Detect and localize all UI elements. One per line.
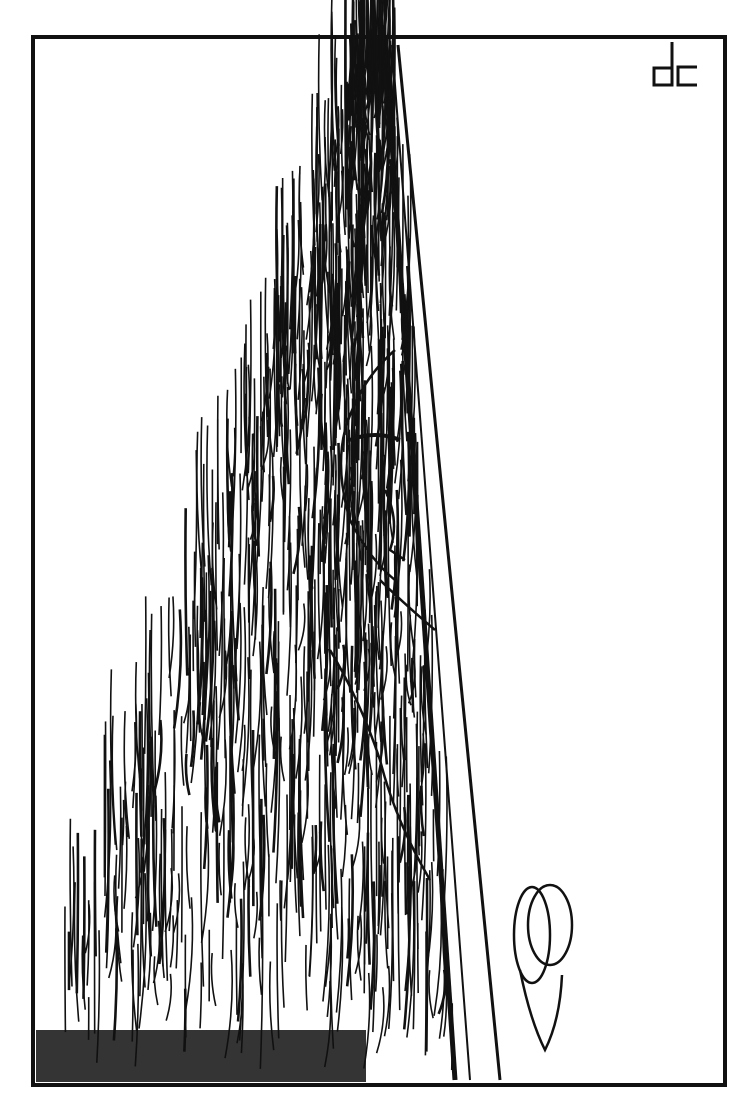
floor-shadow bbox=[36, 1030, 366, 1082]
signature-monogram bbox=[654, 42, 697, 85]
door-knob-icon bbox=[514, 885, 572, 1050]
ink-sketch bbox=[0, 0, 750, 1113]
